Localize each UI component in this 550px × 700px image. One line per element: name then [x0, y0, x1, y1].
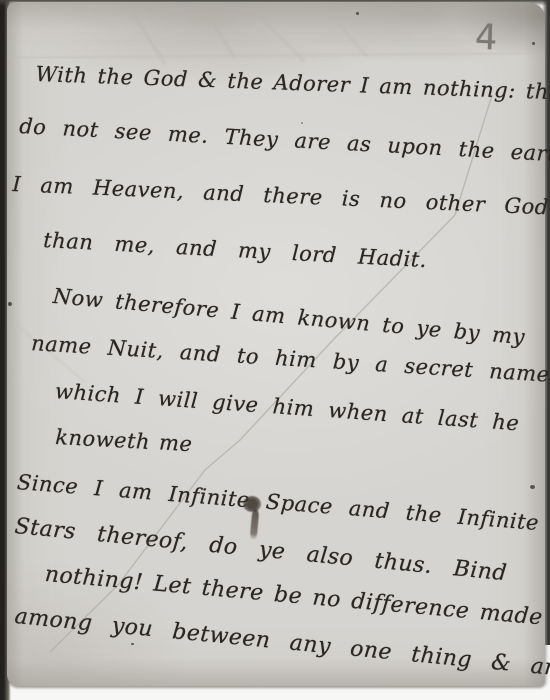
paper-speck	[356, 12, 359, 15]
manuscript-scan: 4 With the God & the Adorer I am nothing…	[0, 0, 550, 700]
paper-speck	[301, 122, 303, 124]
page-number: 4	[474, 18, 498, 59]
paper-speck	[530, 485, 535, 489]
paper-speck	[131, 643, 134, 645]
paper-speck	[8, 302, 12, 306]
ink-blot	[243, 496, 261, 512]
paper-speck	[532, 42, 535, 45]
manuscript-paper: 4 With the God & the Adorer I am nothing…	[7, 2, 545, 686]
